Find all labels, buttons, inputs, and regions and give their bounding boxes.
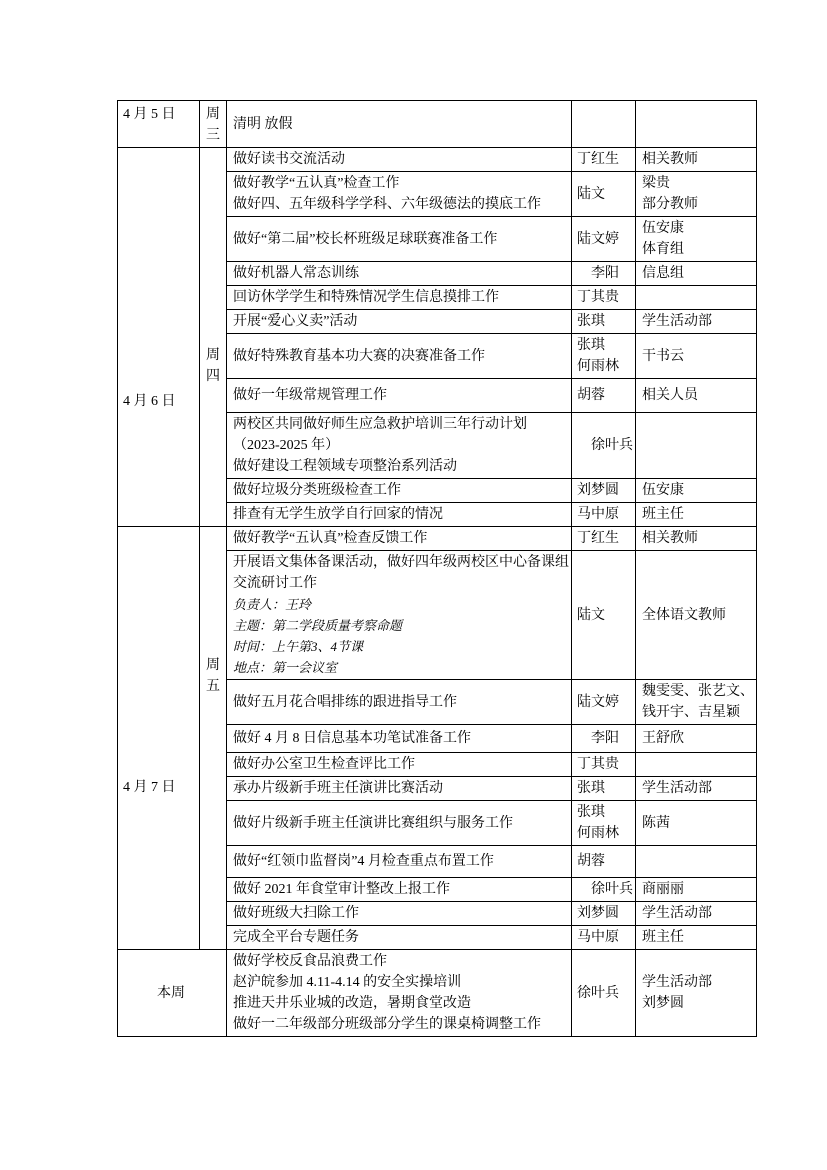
document-page: 4 月 5 日周三清明 放假4 月 6 日周四做好读书交流活动丁红生相关教师做好… [0,0,827,1170]
related-name: 全体语文教师 [642,605,754,626]
person-name: 马中原 [577,927,633,948]
task-cell: 做好特殊教育基本功大赛的决赛准备工作 [227,334,572,379]
weekday-cell: 周五 [200,527,227,950]
related-cell: 班主任 [636,926,757,950]
task-line: （2023-2025 年） [233,435,569,456]
related-cell: 梁贵部分教师 [636,172,757,217]
task-line: 回访休学学生和特殊情况学生信息摸排工作 [233,287,569,308]
task-line: 做好“第二届”校长杯班级足球联赛准备工作 [233,229,569,250]
table-row: 4 月 6 日周四做好读书交流活动丁红生相关教师 [118,148,757,172]
person-name: 何雨林 [577,823,633,844]
related-name: 梁贵 [642,173,754,194]
person-cell [572,101,636,148]
person-cell: 李阳 [572,262,636,286]
date-label: 4 月 7 日 [123,777,197,798]
related-name: 学生活动部 [642,311,754,332]
date-cell: 4 月 5 日 [118,101,200,148]
person-cell: 陆文 [572,551,636,680]
related-cell: 干书云 [636,334,757,379]
person-cell: 徐叶兵 [572,413,636,479]
person-name: 何雨林 [577,356,633,377]
table-row: 本周做好学校反食品浪费工作赵沪皖参加 4.11-4.14 的安全实操培训推进天井… [118,950,757,1037]
person-cell: 刘梦圆 [572,479,636,503]
task-cell: 开展“爱心义卖”活动 [227,310,572,334]
person-cell: 胡蓉 [572,379,636,413]
person-name: 李阳 [577,263,633,284]
person-name: 陆文 [577,605,633,626]
task-line: 做好学校反食品浪费工作 [233,951,569,972]
task-cell: 排查有无学生放学自行回家的情况 [227,503,572,527]
related-cell: 全体语文教师 [636,551,757,680]
weekday-cell: 周三 [200,101,227,148]
related-cell [636,753,757,777]
schedule-table: 4 月 5 日周三清明 放假4 月 6 日周四做好读书交流活动丁红生相关教师做好… [117,100,757,1037]
task-line: 排查有无学生放学自行回家的情况 [233,504,569,525]
task-line: 推进天井乐业城的改造，暑期食堂改造 [233,993,569,1014]
related-name: 班主任 [642,927,754,948]
person-cell: 陆文婷 [572,680,636,725]
person-cell: 胡蓉 [572,846,636,878]
person-name: 张琪 [577,335,633,356]
related-cell: 魏雯雯、张艺文、钱开宇、吉星颖 [636,680,757,725]
related-name: 学生活动部 [642,903,754,924]
related-name: 伍安康 [642,480,754,501]
task-line: 赵沪皖参加 4.11-4.14 的安全实操培训 [233,972,569,993]
date-label: 本周 [118,983,224,1004]
related-cell [636,846,757,878]
task-line: 清明 放假 [233,114,569,135]
task-line: 做好建设工程领域专项整治系列活动 [233,456,569,477]
task-cell: 做好机器人常态训练 [227,262,572,286]
task-line: 做好 4 月 8 日信息基本功笔试准备工作 [233,728,569,749]
related-name: 班主任 [642,504,754,525]
person-cell: 徐叶兵 [572,950,636,1037]
weekday-label: 周三 [200,104,226,146]
task-line: 负责人：王玲 [233,594,569,615]
task-cell: 做好学校反食品浪费工作赵沪皖参加 4.11-4.14 的安全实操培训推进天井乐业… [227,950,572,1037]
task-cell: 做好 4 月 8 日信息基本功笔试准备工作 [227,725,572,753]
date-cell: 4 月 7 日 [118,527,200,950]
person-cell: 陆文 [572,172,636,217]
person-cell: 张琪何雨林 [572,801,636,846]
task-line: 交流研讨工作 [233,573,569,594]
related-cell: 商丽丽 [636,878,757,902]
task-cell: 做好 2021 年食堂审计整改上报工作 [227,878,572,902]
person-name: 丁其贵 [577,754,633,775]
related-name: 刘梦圆 [642,993,754,1014]
related-name: 信息组 [642,263,754,284]
person-cell: 李阳 [572,725,636,753]
task-line: 承办片级新手班主任演讲比赛活动 [233,778,569,799]
date-label: 4 月 6 日 [123,391,197,412]
related-name: 魏雯雯、张艺文、 [642,681,754,702]
related-name: 商丽丽 [642,879,754,900]
task-cell: 完成全平台专题任务 [227,926,572,950]
person-name: 张琪 [577,311,633,332]
related-cell: 学生活动部 [636,777,757,801]
date-label: 4 月 5 日 [123,104,197,125]
task-line: 两校区共同做好师生应急救护培训三年行动计划 [233,414,569,435]
task-cell: 两校区共同做好师生应急救护培训三年行动计划（2023-2025 年）做好建设工程… [227,413,572,479]
person-name: 陆文 [577,184,633,205]
related-name: 体育组 [642,239,754,260]
person-cell: 张琪何雨林 [572,334,636,379]
table-row: 4 月 5 日周三清明 放假 [118,101,757,148]
related-cell: 相关教师 [636,527,757,551]
task-cell: 做好教学“五认真”检查反馈工作 [227,527,572,551]
person-name: 胡蓉 [577,385,633,406]
person-name: 丁红生 [577,528,633,549]
related-cell: 相关人员 [636,379,757,413]
related-name: 学生活动部 [642,778,754,799]
person-name: 丁其贵 [577,287,633,308]
person-name: 徐叶兵 [577,879,633,900]
person-cell: 徐叶兵 [572,878,636,902]
task-cell: 做好五月花合唱排练的跟进指导工作 [227,680,572,725]
related-name: 学生活动部 [642,972,754,993]
person-name: 陆文婷 [577,692,633,713]
person-name: 胡蓉 [577,851,633,872]
related-name: 部分教师 [642,194,754,215]
task-cell: 承办片级新手班主任演讲比赛活动 [227,777,572,801]
related-name: 相关教师 [642,528,754,549]
task-line: 主题：第二学段质量考察命题 [233,615,569,636]
person-name: 李阳 [577,728,633,749]
related-cell: 伍安康 [636,479,757,503]
weekday-label: 周五 [200,655,226,697]
person-name: 刘梦圆 [577,903,633,924]
related-cell: 陈茜 [636,801,757,846]
task-line: 做好教学“五认真”检查工作 [233,173,569,194]
task-cell: 做好读书交流活动 [227,148,572,172]
person-cell: 陆文婷 [572,217,636,262]
person-name: 刘梦圆 [577,480,633,501]
task-cell: 做好垃圾分类班级检查工作 [227,479,572,503]
related-cell: 学生活动部 [636,902,757,926]
person-cell: 马中原 [572,503,636,527]
date-cell: 4 月 6 日 [118,148,200,527]
weekday-label: 周四 [200,345,226,387]
task-line: 做好片级新手班主任演讲比赛组织与服务工作 [233,813,569,834]
task-line: 做好垃圾分类班级检查工作 [233,480,569,501]
related-cell [636,413,757,479]
person-name: 张琪 [577,802,633,823]
person-name: 徐叶兵 [577,435,633,456]
task-line: 做好办公室卫生检查评比工作 [233,754,569,775]
related-name: 干书云 [642,346,754,367]
person-name: 张琪 [577,778,633,799]
person-cell: 张琪 [572,310,636,334]
task-cell: 做好片级新手班主任演讲比赛组织与服务工作 [227,801,572,846]
weekday-cell: 周四 [200,148,227,527]
task-line: 地点：第一会议室 [233,657,569,678]
person-cell: 刘梦圆 [572,902,636,926]
table-row: 4 月 7 日周五做好教学“五认真”检查反馈工作丁红生相关教师 [118,527,757,551]
task-cell: 做好教学“五认真”检查工作做好四、五年级科学学科、六年级德法的摸底工作 [227,172,572,217]
task-line: 做好一二年级部分班级部分学生的课桌椅调整工作 [233,1014,569,1035]
related-cell: 相关教师 [636,148,757,172]
person-cell: 丁其贵 [572,286,636,310]
related-cell: 王舒欣 [636,725,757,753]
related-cell: 伍安康体育组 [636,217,757,262]
task-line: 做好五月花合唱排练的跟进指导工作 [233,692,569,713]
person-cell: 丁其贵 [572,753,636,777]
task-line: 完成全平台专题任务 [233,927,569,948]
person-name: 陆文婷 [577,229,633,250]
related-cell [636,101,757,148]
related-cell: 学生活动部刘梦圆 [636,950,757,1037]
related-cell [636,286,757,310]
date-cell: 本周 [118,950,227,1037]
person-cell: 马中原 [572,926,636,950]
task-line: 做好 2021 年食堂审计整改上报工作 [233,879,569,900]
related-name: 相关教师 [642,149,754,170]
task-line: 做好机器人常态训练 [233,263,569,284]
task-cell: 做好办公室卫生检查评比工作 [227,753,572,777]
related-name: 钱开宇、吉星颖 [642,702,754,723]
related-name: 相关人员 [642,385,754,406]
person-name: 丁红生 [577,149,633,170]
task-cell: 做好一年级常规管理工作 [227,379,572,413]
person-cell: 丁红生 [572,148,636,172]
task-cell: 回访休学学生和特殊情况学生信息摸排工作 [227,286,572,310]
task-line: 做好教学“五认真”检查反馈工作 [233,528,569,549]
related-name: 伍安康 [642,218,754,239]
person-name: 徐叶兵 [577,983,633,1004]
task-cell: 做好“第二届”校长杯班级足球联赛准备工作 [227,217,572,262]
task-line: 做好班级大扫除工作 [233,903,569,924]
related-cell: 班主任 [636,503,757,527]
task-line: 开展“爱心义卖”活动 [233,311,569,332]
task-cell: 做好班级大扫除工作 [227,902,572,926]
related-cell: 信息组 [636,262,757,286]
related-name: 陈茜 [642,813,754,834]
related-cell: 学生活动部 [636,310,757,334]
task-line: 开展语文集体备课活动，做好四年级两校区中心备课组 [233,552,569,573]
task-cell: 清明 放假 [227,101,572,148]
task-line: 做好读书交流活动 [233,149,569,170]
task-line: 做好“红领巾监督岗”4 月检查重点布置工作 [233,851,569,872]
person-cell: 丁红生 [572,527,636,551]
related-name: 王舒欣 [642,728,754,749]
task-line: 做好特殊教育基本功大赛的决赛准备工作 [233,346,569,367]
task-cell: 开展语文集体备课活动，做好四年级两校区中心备课组交流研讨工作负责人：王玲主题：第… [227,551,572,680]
task-line: 做好一年级常规管理工作 [233,385,569,406]
task-line: 做好四、五年级科学学科、六年级德法的摸底工作 [233,194,569,215]
task-cell: 做好“红领巾监督岗”4 月检查重点布置工作 [227,846,572,878]
person-name: 马中原 [577,504,633,525]
person-cell: 张琪 [572,777,636,801]
task-line: 时间：上午第3、4节课 [233,636,569,657]
